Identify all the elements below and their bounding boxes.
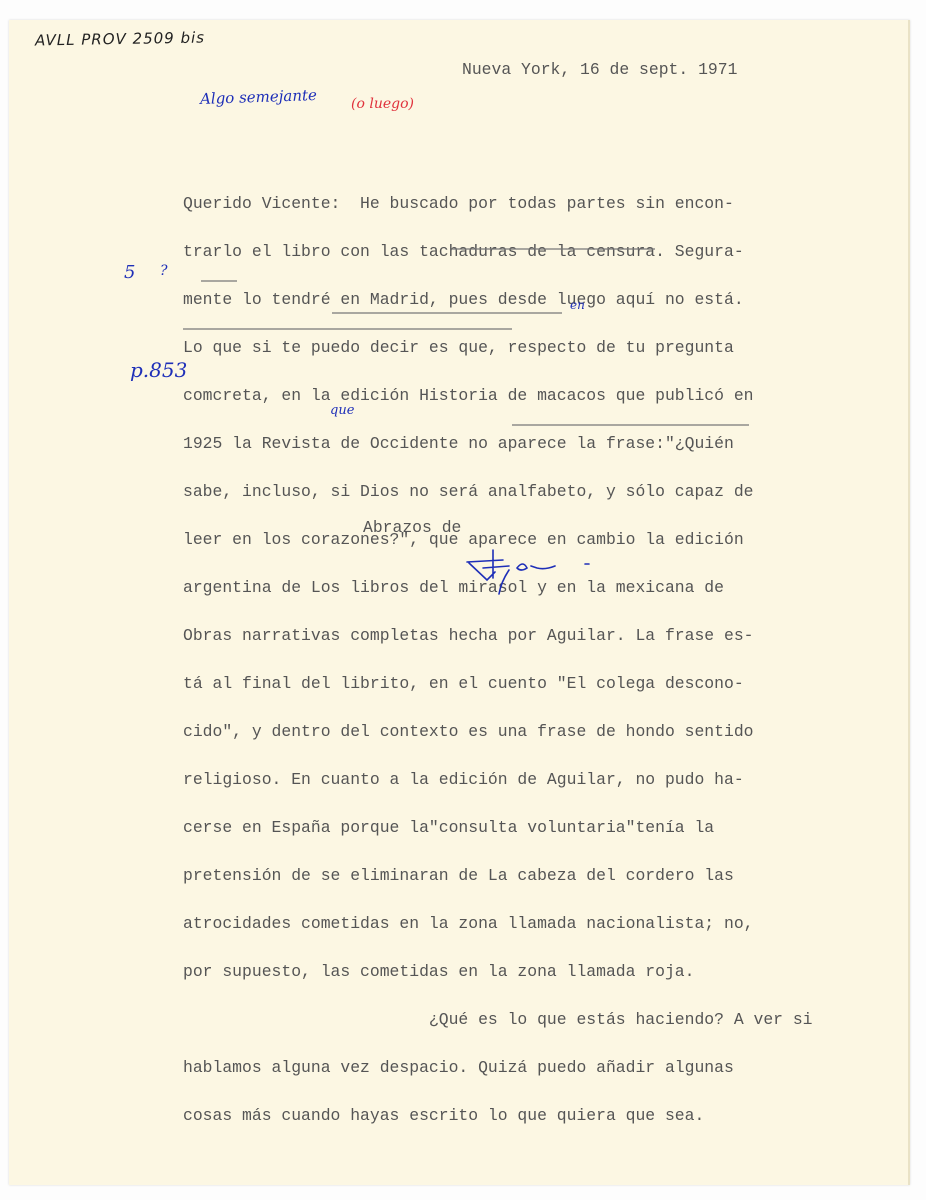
closing-line: Abrazos de <box>183 520 461 536</box>
title-underlines <box>0 0 926 1200</box>
signature-icon <box>465 546 595 596</box>
closing-text: Abrazos de <box>183 518 461 537</box>
inserted-caret: en <box>570 298 585 312</box>
inserted-word: que <box>330 403 354 418</box>
